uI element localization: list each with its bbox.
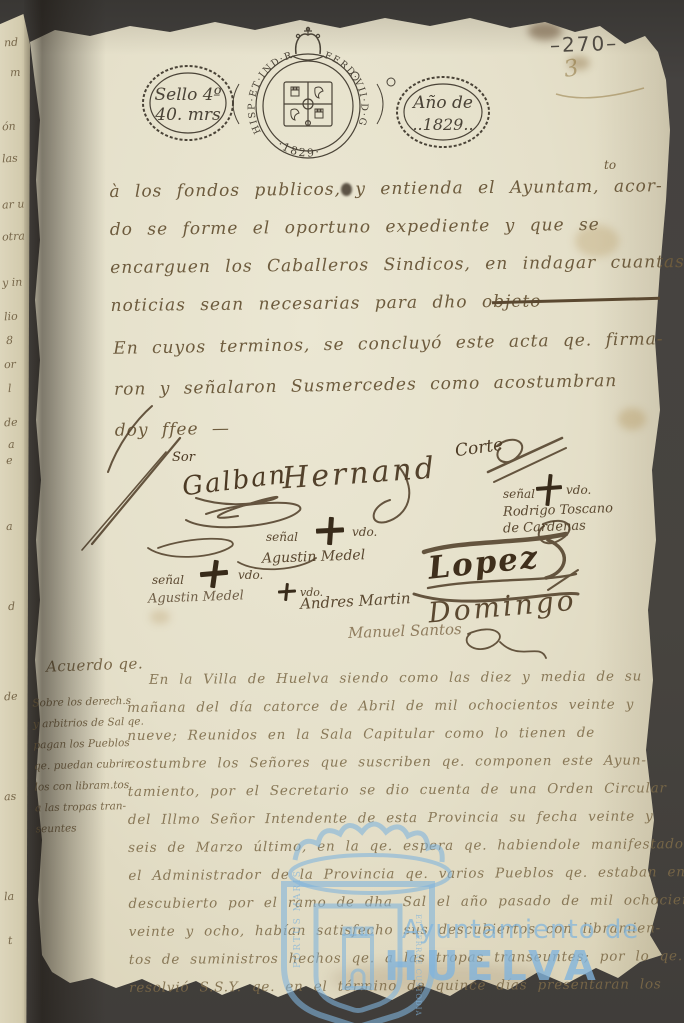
senal-label: señal	[152, 573, 184, 587]
edge-fragment: ar u	[2, 197, 25, 211]
edge-fragment: a	[8, 438, 15, 451]
edge-fragment: as	[4, 790, 17, 804]
edge-fragment: d	[8, 600, 16, 613]
watermark-org-name: Ayuntamiento de	[402, 915, 639, 945]
signature-cross-icon	[316, 517, 344, 545]
act1-line: encarguen los Caballeros Sindicos, en in…	[110, 243, 684, 287]
right-oval-line1: Año de	[411, 93, 473, 113]
superscript-to: to	[604, 158, 616, 172]
seal-arc-right-text: FERD·VII·D·G	[323, 50, 370, 128]
act2-line: tamiento, por el Secretario se dio cuent…	[128, 774, 684, 806]
edge-fragment: de	[4, 416, 18, 430]
act2-line: En la Villa de Huelva siendo como las di…	[127, 662, 684, 694]
seal-arc-left-text: HISP·ET·IND·R	[246, 50, 294, 136]
act1-line: noticias sean necesarias para dho objeto	[110, 281, 684, 325]
manuscript-scan: nd m ón las ar u otra y in lio 8 or l de…	[0, 0, 684, 1023]
signature-cross-icon	[278, 583, 296, 601]
edge-fragment: de	[4, 690, 18, 704]
senal-label: señal	[503, 487, 535, 501]
signature-cross-icon	[536, 474, 562, 506]
edge-fragment: y in	[2, 275, 23, 289]
edge-fragment: otra	[2, 229, 26, 243]
edge-fragment: ón	[2, 120, 16, 134]
edge-fragment: m	[10, 66, 21, 80]
revenue-stamp: HISP·ET·IND·R FERD·VII·D·G ·1829· Sello …	[125, 20, 525, 180]
seal-year-text: ·1829·	[275, 138, 322, 160]
left-oval-line2: 40. mrs	[154, 105, 221, 125]
act2-line: descubierto por el ramo de dha Sal el añ…	[128, 886, 684, 918]
edge-fragment: a	[6, 520, 13, 533]
folio-number: –270–	[550, 31, 619, 57]
edge-fragment: la	[4, 890, 15, 904]
vdo-label: vdo.	[352, 525, 377, 539]
signature-toscano-line2: de Cardenas	[503, 519, 586, 537]
edge-fragment: t	[8, 934, 13, 947]
senal-label: señal	[266, 530, 298, 544]
vdo-label: vdo.	[238, 568, 263, 582]
gutter-shadow	[24, 0, 106, 1023]
signature-galban-prefix: Sor	[172, 450, 195, 465]
paper-stain	[150, 610, 170, 624]
act2-line: el Administrador de la Provincia qe. var…	[128, 858, 684, 890]
act1-line: à los fondos publicos, y entienda el Ayu…	[109, 167, 684, 211]
edge-fragment: or	[4, 358, 17, 372]
edge-fragment: l	[8, 382, 12, 395]
act2-line: nueve; Reunidos en la Sala Capitular com…	[127, 718, 684, 750]
act2-line: del Illmo Señor Intendente de esta Provi…	[128, 802, 684, 834]
act2-line: mañana del día catorce de Abril de mil o…	[127, 690, 684, 722]
act1-line: do se forme el oportuno expediente y que…	[110, 205, 684, 249]
act2-line: costumbre los Señores que suscriben qe. …	[127, 746, 684, 778]
left-oval-line1: Sello 4º	[154, 85, 221, 105]
vdo-label: vdo.	[566, 483, 591, 497]
edge-fragment: las	[2, 152, 18, 166]
edge-fragment: nd	[4, 36, 19, 50]
edge-fragment: lio	[4, 310, 18, 324]
edge-fragment: e	[6, 454, 13, 467]
act1-closing-paragraph: En cuyos terminos, se concluyó este acta…	[113, 319, 665, 452]
watermark-city-name: HUELVA	[384, 942, 603, 990]
right-oval-line2: ..1829..	[412, 115, 473, 134]
signature-cross-icon	[200, 560, 228, 588]
act2-line: seis de Marzo último, en la qe. espera q…	[128, 830, 684, 862]
edge-fragment: 8	[6, 334, 14, 347]
